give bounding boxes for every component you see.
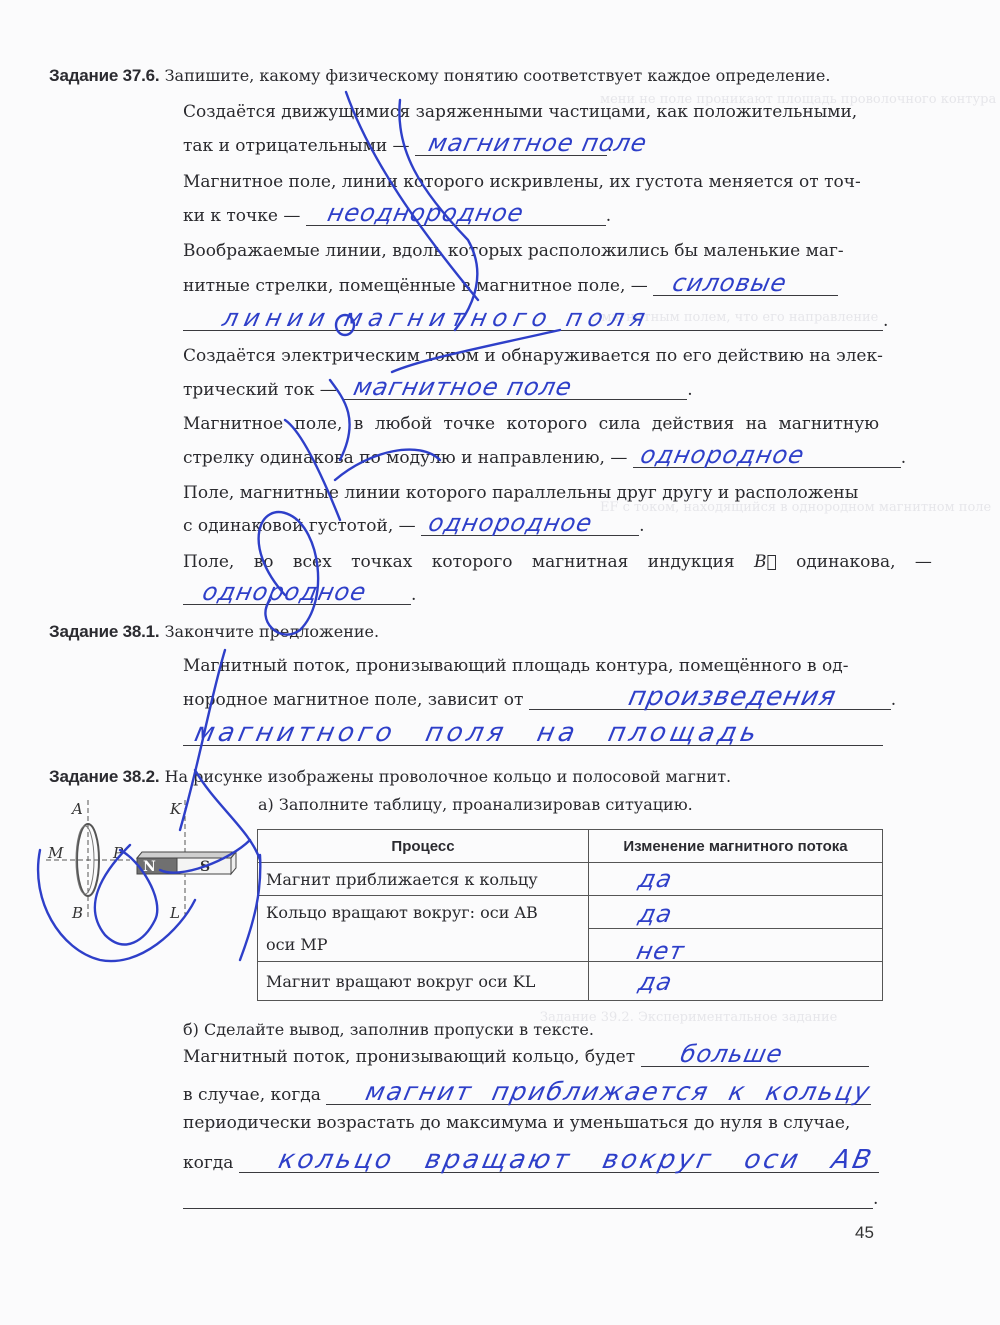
definition-text: Магнитное поле, линии которого искривлен…	[183, 172, 861, 192]
task-instruction: Запишите, какому физическому понятию соо…	[165, 66, 831, 85]
answer-blank[interactable]: магнитное поле	[342, 381, 687, 400]
answer-cell[interactable]: нет	[589, 929, 883, 962]
definition-answer-line: трический ток — магнитное поле .	[183, 380, 693, 400]
task-label: Задание 37.6.	[49, 66, 159, 85]
definition-text: Воображаемые линии, вдоль которых распол…	[183, 241, 844, 261]
handwritten-answer: кольцо вращают вокруг оси AB	[277, 1150, 876, 1170]
ring-and-magnet-figure: A K M P B L N S	[40, 790, 260, 930]
answer-blank[interactable]: неоднородное	[306, 207, 606, 226]
handwritten-answer: однородное	[427, 513, 595, 533]
handwritten-answer: магнитное поле	[352, 377, 574, 397]
conclusion-line-1: Магнитный поток, пронизывающий кольцо, б…	[183, 1047, 869, 1067]
answer-blank[interactable]: кольцо вращают вокруг оси AB	[239, 1154, 879, 1173]
process-cell: Магнит приближается к кольцу	[258, 863, 589, 896]
definition-text: Создаётся движущимися заряженными частиц…	[183, 102, 857, 122]
conclusion-line-5: .	[183, 1189, 878, 1209]
definition-answer-line: ки к точке — неоднородное .	[183, 206, 611, 226]
task-38-2-header: Задание 38.2. На рисунке изображены пров…	[49, 767, 731, 787]
label-s: S	[200, 859, 210, 875]
part-a-instruction: а) Заполните таблицу, проанализировав си…	[258, 795, 693, 814]
vector-b-symbol: B⃗	[754, 552, 777, 572]
task-label: Задание 38.1.	[49, 622, 159, 641]
answer-blank[interactable]: произведения	[529, 691, 891, 710]
answer-cell[interactable]: да	[589, 863, 883, 896]
label-m: M	[47, 844, 64, 862]
sentence-answer-line-2: магнитного поля на площадь	[183, 726, 883, 746]
table-row: оси MP нет	[258, 929, 883, 962]
part-b-instruction: б) Сделайте вывод, заполнив пропуски в т…	[183, 1020, 594, 1039]
definition-answer-line-2: линии магнитного поля .	[183, 311, 888, 331]
label-l: L	[169, 904, 180, 922]
definition-text: Магнитное поле, в любой точке которого с…	[183, 414, 879, 434]
sentence-answer-line: нородное магнитное поле, зависит от прои…	[183, 690, 896, 710]
handwritten-answer: больше	[678, 1044, 784, 1064]
handwritten-answer: произведения	[627, 687, 838, 707]
task-38-1-header: Задание 38.1. Закончите предложение.	[49, 622, 379, 642]
handwritten-answer: однородное	[201, 582, 369, 602]
task-instruction: Закончите предложение.	[165, 622, 380, 641]
definition-answer-line: так и отрицательными — магнитное поле .	[183, 136, 612, 156]
handwritten-answer: линии магнитного поля	[221, 308, 653, 328]
answer-blank[interactable]: больше	[641, 1048, 869, 1067]
header-flux-change: Изменение магнитного потока	[589, 830, 883, 863]
handwritten-answer: неоднородное	[326, 203, 526, 223]
label-n: N	[143, 859, 156, 875]
answer-blank[interactable]: силовые	[653, 277, 838, 296]
definition-answer-line: однородное .	[183, 585, 416, 605]
label-a: A	[70, 800, 83, 818]
answer-blank[interactable]: однородное	[633, 449, 901, 468]
task-instruction: На рисунке изображены проволочное кольцо…	[165, 767, 732, 786]
label-p: P	[112, 844, 124, 862]
definition-text: Создаётся электрическим током и обнаружи…	[183, 346, 883, 366]
answer-blank[interactable]: магнит приближается к кольцу	[326, 1086, 871, 1105]
header-process: Процесс	[258, 830, 589, 863]
answer-blank[interactable]: магнитное поле	[415, 137, 607, 156]
answer-cell[interactable]: да	[589, 896, 883, 929]
definition-answer-line: стрелку одинакова по модулю и направлени…	[183, 448, 906, 468]
task-37-6-header: Задание 37.6. Запишите, какому физическо…	[49, 66, 830, 86]
conclusion-line-2: в случае, когда магнит приближается к ко…	[183, 1085, 871, 1105]
answer-blank[interactable]	[183, 1190, 873, 1209]
handwritten-answer: да	[636, 900, 675, 928]
process-cell: Магнит вращают вокруг оси KL	[258, 962, 589, 1001]
handwritten-answer: магнит приближается к кольцу	[364, 1082, 873, 1102]
handwritten-answer: однородное	[639, 445, 807, 465]
task-label: Задание 38.2.	[49, 767, 159, 786]
handwritten-answer: да	[636, 968, 675, 996]
table-row: Магнит вращают вокруг оси KL да	[258, 962, 883, 1001]
answer-blank[interactable]: магнитного поля на площадь	[183, 727, 883, 746]
process-cell: оси MP	[258, 929, 589, 962]
definition-answer-line: с одинаковой густотой, — однородное .	[183, 516, 644, 536]
conclusion-line-4: когда кольцо вращают вокруг оси AB	[183, 1153, 879, 1173]
answer-blank[interactable]: однородное	[183, 586, 411, 605]
handwritten-answer: магнитное поле	[427, 133, 649, 153]
process-table: Процесс Изменение магнитного потока Магн…	[257, 829, 883, 1001]
handwritten-answer: магнитного поля на площадь	[193, 723, 762, 743]
definition-text: Поле, во всех точках которого магнитная …	[183, 552, 932, 572]
page-number: 45	[855, 1223, 874, 1243]
sentence-text: Магнитный поток, пронизывающий площадь к…	[183, 656, 848, 676]
conclusion-line-3: периодически возрастать до максимума и у…	[183, 1113, 850, 1133]
answer-cell[interactable]: да	[589, 962, 883, 1001]
process-cell: Кольцо вращают вокруг: оси AB	[258, 896, 589, 929]
answer-blank[interactable]: линии магнитного поля	[183, 312, 883, 331]
table-row: Магнит приближается к кольцу да	[258, 863, 883, 896]
answer-blank[interactable]: однородное	[421, 517, 639, 536]
definition-answer-line: нитные стрелки, помещённые в магнитное п…	[183, 276, 838, 296]
handwritten-answer: силовые	[671, 273, 789, 293]
label-b: B	[71, 904, 83, 922]
table-row: Кольцо вращают вокруг: оси AB да	[258, 896, 883, 929]
definition-text: Поле, магнитные линии которого параллель…	[183, 483, 858, 503]
handwritten-answer: да	[636, 865, 675, 893]
label-k: K	[169, 800, 182, 818]
